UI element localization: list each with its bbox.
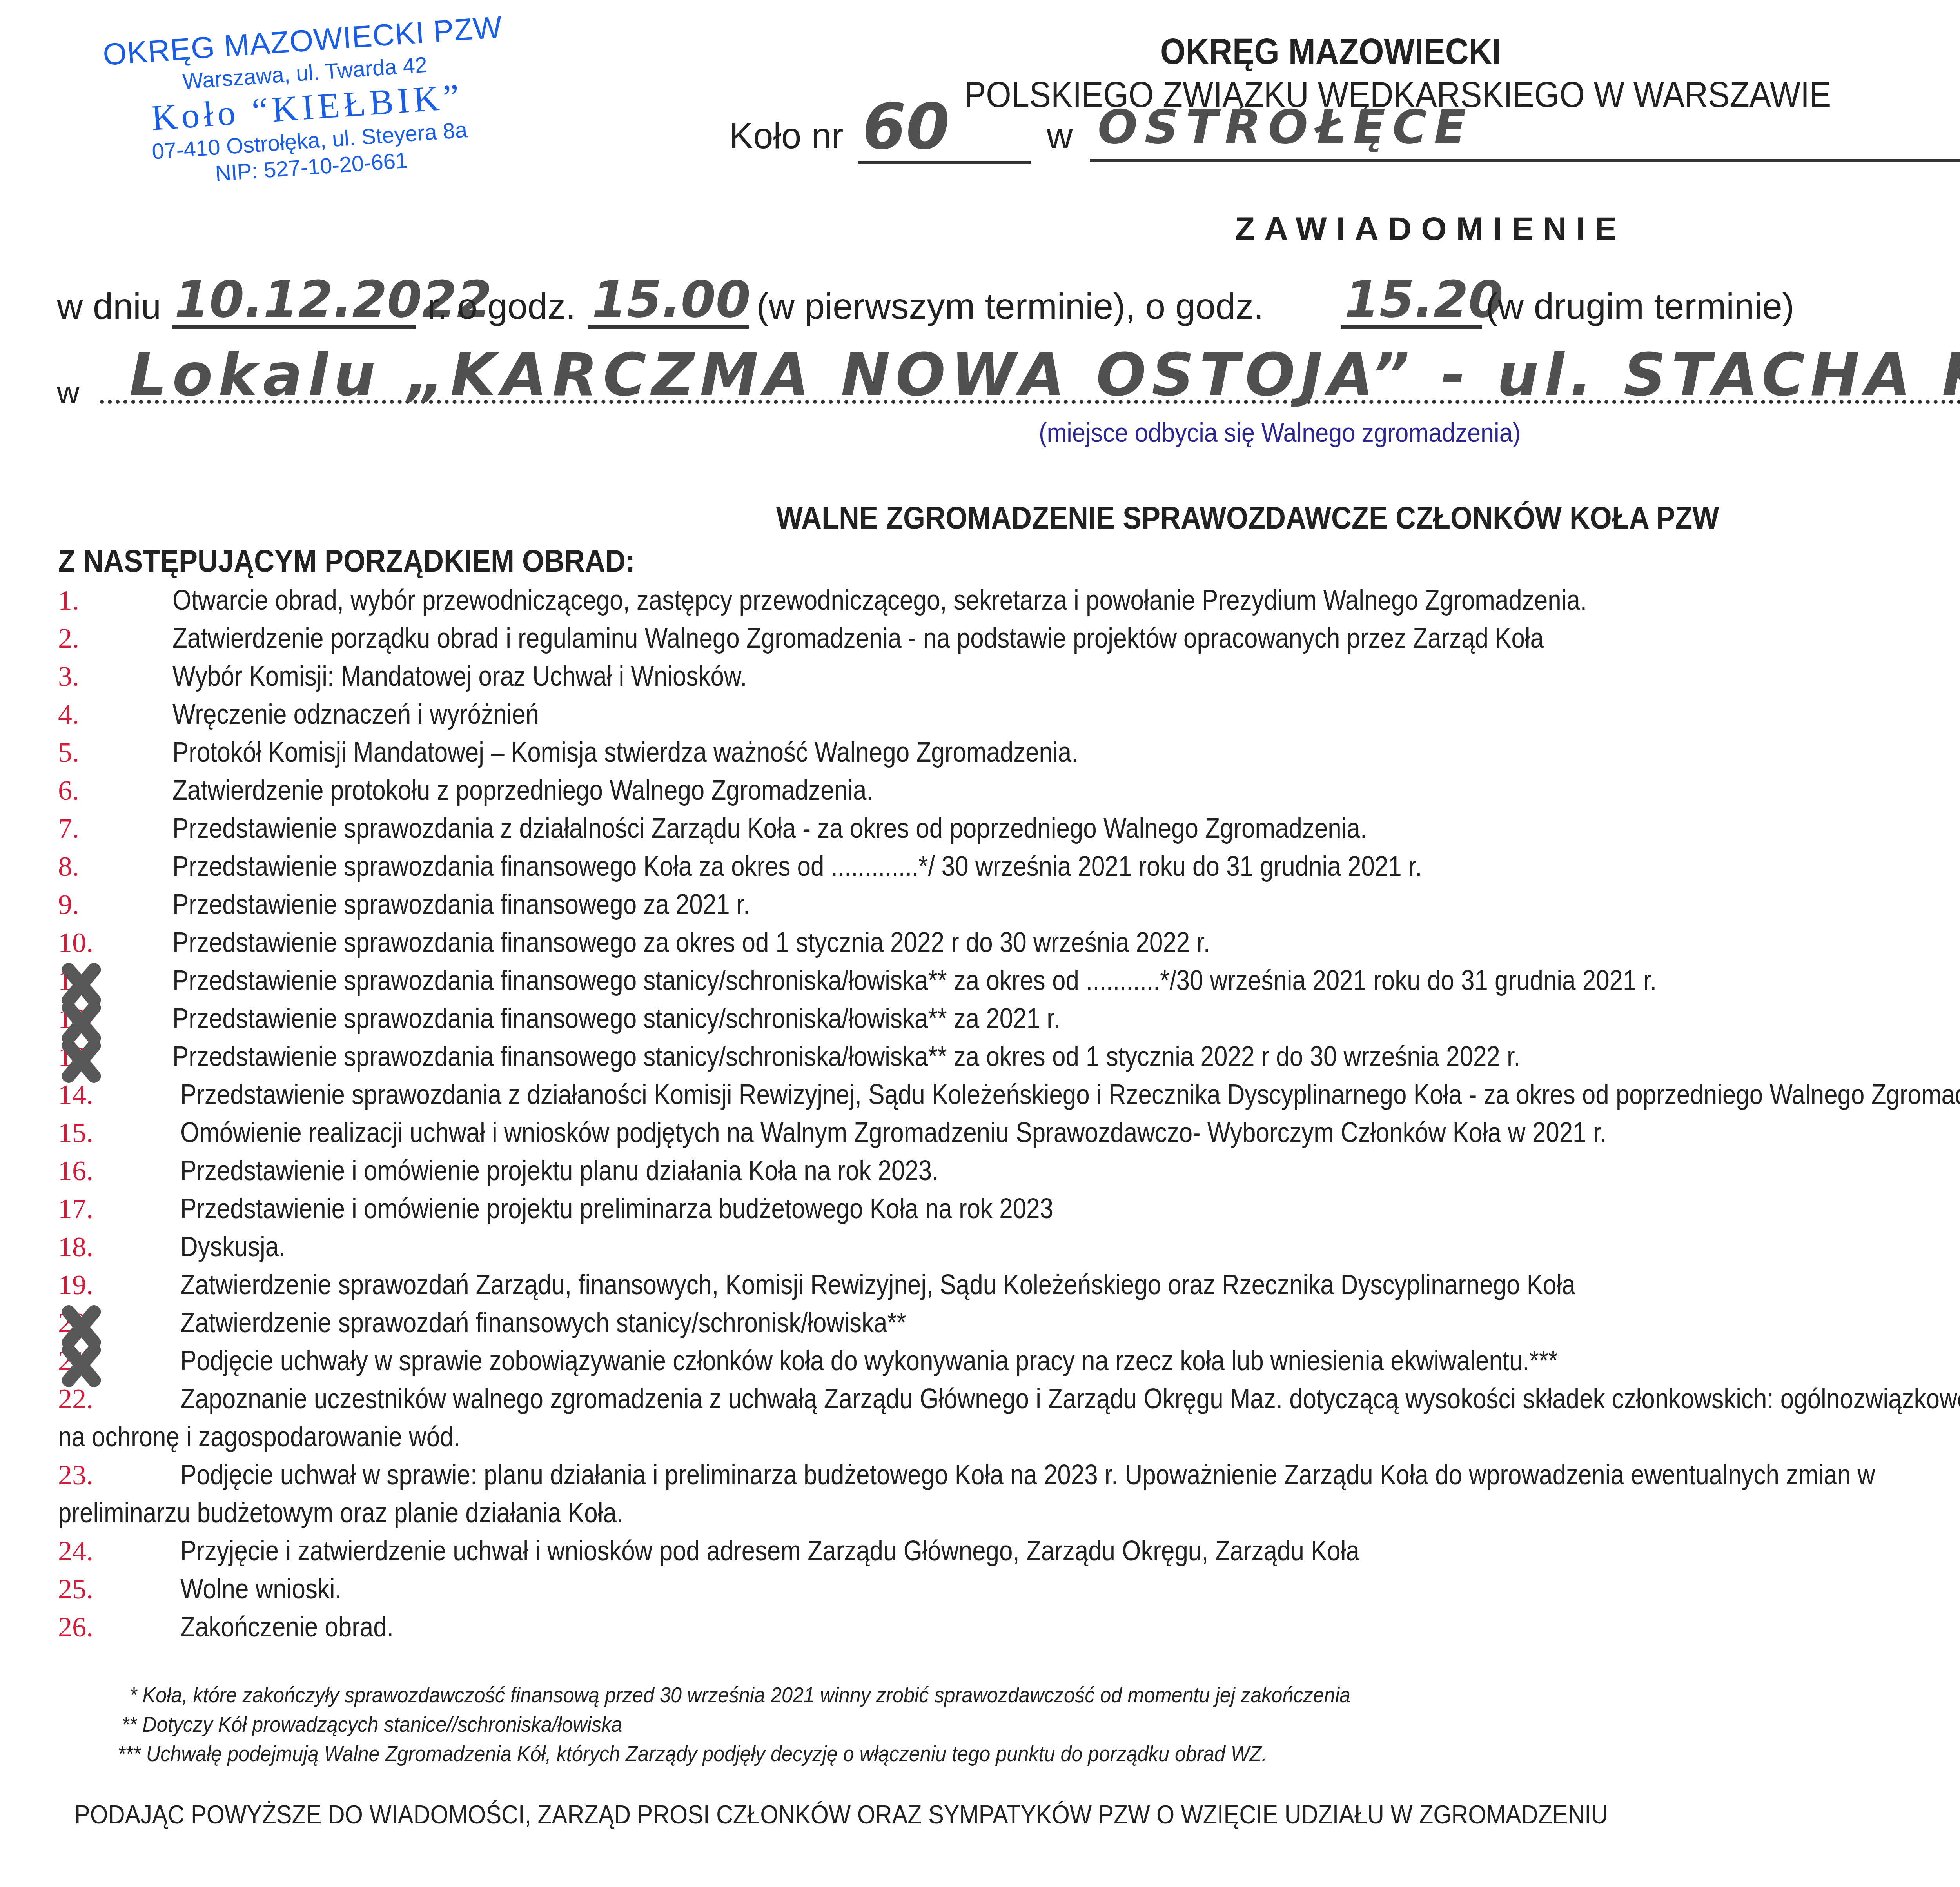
agenda-item-text: Przedstawienie sprawozdania finansowego … [172,1003,1060,1035]
footnote-2: ** Dotyczy Kół prowadzących stanice//sch… [122,1711,622,1737]
agenda-item-number: 10. [58,926,93,959]
club-number-value: 60 [862,90,950,163]
agenda-item-text: Zakończenie obrad. [180,1611,394,1643]
meeting-place: Lokalu „KARCZMA NOWA OSTOJA” - ul. STACH… [129,341,1960,409]
agenda-item-number: 3. [58,660,79,693]
agenda-item-text: Przedstawienie sprawozdania finansowego … [172,926,1210,959]
closing-statement: PODAJĄC POWYŻSZE DO WIADOMOŚCI, ZARZĄD P… [74,1800,1608,1829]
agenda-item-number: 16. [58,1155,93,1187]
agenda-heading: Z NASTĘPUJĄCYM PORZĄDKIEM OBRAD: [58,543,635,579]
agenda-item-number: 6. [58,774,79,807]
club-number-label: Koło nr [729,116,844,156]
agenda-item-number: 26. [58,1611,93,1644]
strikeout-x-icon [51,999,110,1042]
agenda-item-text-continued: na ochronę i zagospodarowanie wód. [58,1421,460,1453]
agenda-item-number: 1. [58,584,79,617]
agenda-item-text: Wybór Komisji: Mandatowej oraz Uchwał i … [172,660,747,692]
agenda-item-text: Przedstawienie i omówienie projektu prel… [180,1193,1053,1225]
agenda-item-text: Zatwierdzenie sprawozdań finansowych sta… [180,1307,906,1339]
footnote-3: *** Uchwałę podejmują Walne Zgromadzenia… [118,1741,1267,1766]
meeting-time-second: 15.20 [1345,271,1503,329]
agenda-item-text-continued: preliminarzu budżetowym oraz planie dzia… [58,1497,623,1529]
agenda-item-number: 18. [58,1231,93,1263]
agenda-item-text: Przedstawienie sprawozdania finansowego … [172,888,750,921]
agenda-item-number: 23. [58,1459,93,1491]
meeting-time-first: 15.00 [592,271,751,329]
agenda-item-number: 15. [58,1117,93,1149]
agenda-item-number: 14. [58,1079,93,1111]
date-label: w dniu [57,286,161,327]
agenda-item-text: Przedstawienie sprawozdania z działanośc… [180,1079,1960,1111]
place-label: w [57,374,80,410]
strikeout-x-icon [51,1341,110,1384]
agenda-item-text: Zapoznanie uczestników walnego zgromadze… [180,1383,1960,1415]
strikeout-x-icon [51,961,110,1004]
footnote-1: * Koła, które zakończyły sprawozdawczość… [129,1682,1350,1707]
date-underline [172,325,416,329]
agenda-item-number: 4. [58,698,79,731]
agenda-item-number: 17. [58,1193,93,1225]
first-term-label: (w pierwszym terminie), o godz. [757,286,1263,327]
meeting-title: WALNE ZGROMADZENIE SPRAWOZDAWCZE CZŁONKÓ… [776,500,1719,536]
place-hint: (miejsce odbycia się Walnego zgromadzeni… [1039,418,1521,448]
agenda-item-number: 7. [58,812,79,845]
agenda-item-text: Zatwierdzenie sprawozdań Zarządu, finans… [180,1269,1575,1301]
agenda-item-text: Zatwierdzenie protokołu z poprzedniego W… [172,774,873,806]
agenda-item-text: Przedstawienie sprawozdania z działalnoś… [172,812,1367,845]
agenda-item-text: Podjęcie uchwał w sprawie: planu działan… [180,1459,1875,1491]
second-term-label: (w drugim terminie) [1486,286,1794,327]
agenda-item-number: 8. [58,850,79,883]
club-row: Koło nr [729,116,844,157]
club-number-underline [858,161,1031,164]
time-first-underline [588,325,749,329]
club-city-value: OSTROŁĘCE [1098,100,1473,154]
agenda-item-number: 2. [58,622,79,655]
agenda-item-number: 5. [58,736,79,769]
agenda-item-text: Dyskusja. [180,1231,285,1263]
agenda-item-number: 24. [58,1535,93,1567]
agenda-item-text: Przedstawienie i omówienie projektu plan… [180,1155,938,1187]
agenda-item-text: Przedstawienie sprawozdania finansowego … [172,850,1422,883]
agenda-item-text: Przedstawienie sprawozdania finansowego … [172,1041,1520,1073]
agenda-item-text: Wręczenie odznaczeń i wyróżnień [172,698,539,730]
notice-heading: ZAWIADOMIENIE [1235,210,1626,248]
agenda-item-number: 9. [58,888,79,921]
agenda-item-text: Otwarcie obrad, wybór przewodniczącego, … [172,584,1587,616]
club-stamp: OKRĘG MAZOWIECKI PZW Warszawa, ul. Tward… [98,9,515,194]
strikeout-x-icon [51,1303,110,1346]
time-second-underline [1341,325,1482,329]
agenda-item-text: Wolne wnioski. [180,1573,342,1605]
header-title: OKRĘG MAZOWIECKI [1160,31,1501,73]
agenda-item-number: 25. [58,1573,93,1605]
club-city-label: w [1047,116,1073,157]
strikeout-x-icon [51,1037,110,1080]
agenda-item-number: 19. [58,1269,93,1301]
agenda-item-text: Protokół Komisji Mandatowej – Komisja st… [172,736,1078,768]
agenda-item-text: Przyjęcie i zatwierdzenie uchwał i wnios… [180,1535,1359,1567]
agenda-item-text: Podjęcie uchwały w sprawie zobowiązywani… [180,1345,1558,1377]
agenda-item-number: 22. [58,1383,93,1415]
agenda-item-text: Zatwierdzenie porządku obrad i regulamin… [172,622,1544,654]
club-city-underline [1090,159,1960,162]
time-first-label: r. o godz. [427,286,575,327]
agenda-item-text: Przedstawienie sprawozdania finansowego … [172,964,1657,997]
agenda-item-text: Omówienie realizacji uchwał i wniosków p… [180,1117,1606,1149]
